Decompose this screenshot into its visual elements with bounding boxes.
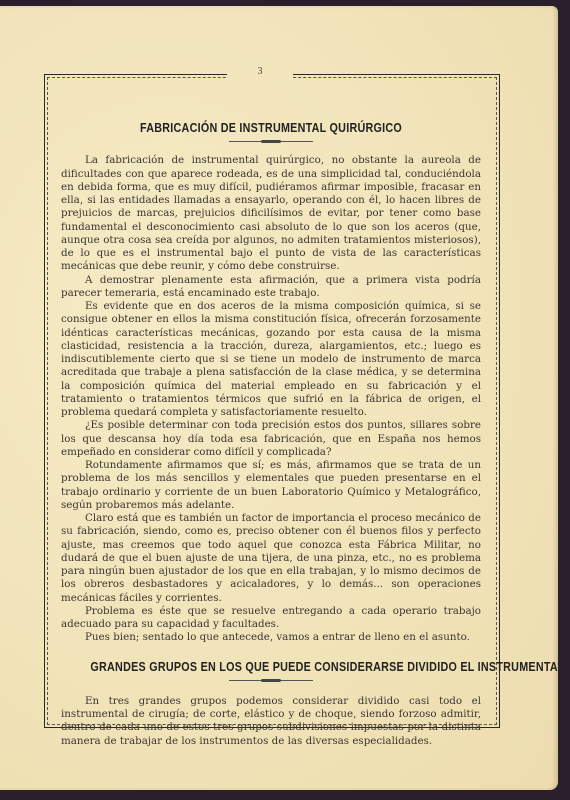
paragraph: Problema es éste que se resuelve entrega… bbox=[61, 605, 481, 632]
paragraph: En tres grandes grupos podemos considera… bbox=[61, 695, 481, 748]
heading-ornament-rule bbox=[229, 141, 313, 142]
document-body: FABRICACIÓN DE INSTRUMENTAL QUIRÚRGICO L… bbox=[61, 118, 481, 748]
paragraph: La fabricación de instrumental quirúrgic… bbox=[61, 154, 481, 273]
paragraph: Claro está que es también un factor de i… bbox=[61, 512, 481, 605]
heading-ornament-rule bbox=[229, 680, 313, 681]
paragraph: A demostrar plenamente esta afirmación, … bbox=[61, 274, 481, 301]
page-number: 3 bbox=[227, 66, 293, 77]
section-heading-grandes-grupos: GRANDES GRUPOS EN LOS QUE PUEDE CONSIDER… bbox=[90, 661, 451, 674]
paragraph: Rotundamente afirmamos que sí; es más, a… bbox=[61, 459, 481, 512]
paragraph: Pues bien; sentado lo que antecede, vamo… bbox=[61, 631, 481, 644]
paragraph: Es evidente que en dos aceros de la mism… bbox=[61, 300, 481, 419]
section-heading-fabricacion: FABRICACIÓN DE INSTRUMENTAL QUIRÚRGICO bbox=[90, 122, 451, 135]
paragraph: ¿Es posible determinar con toda precisió… bbox=[61, 419, 481, 459]
